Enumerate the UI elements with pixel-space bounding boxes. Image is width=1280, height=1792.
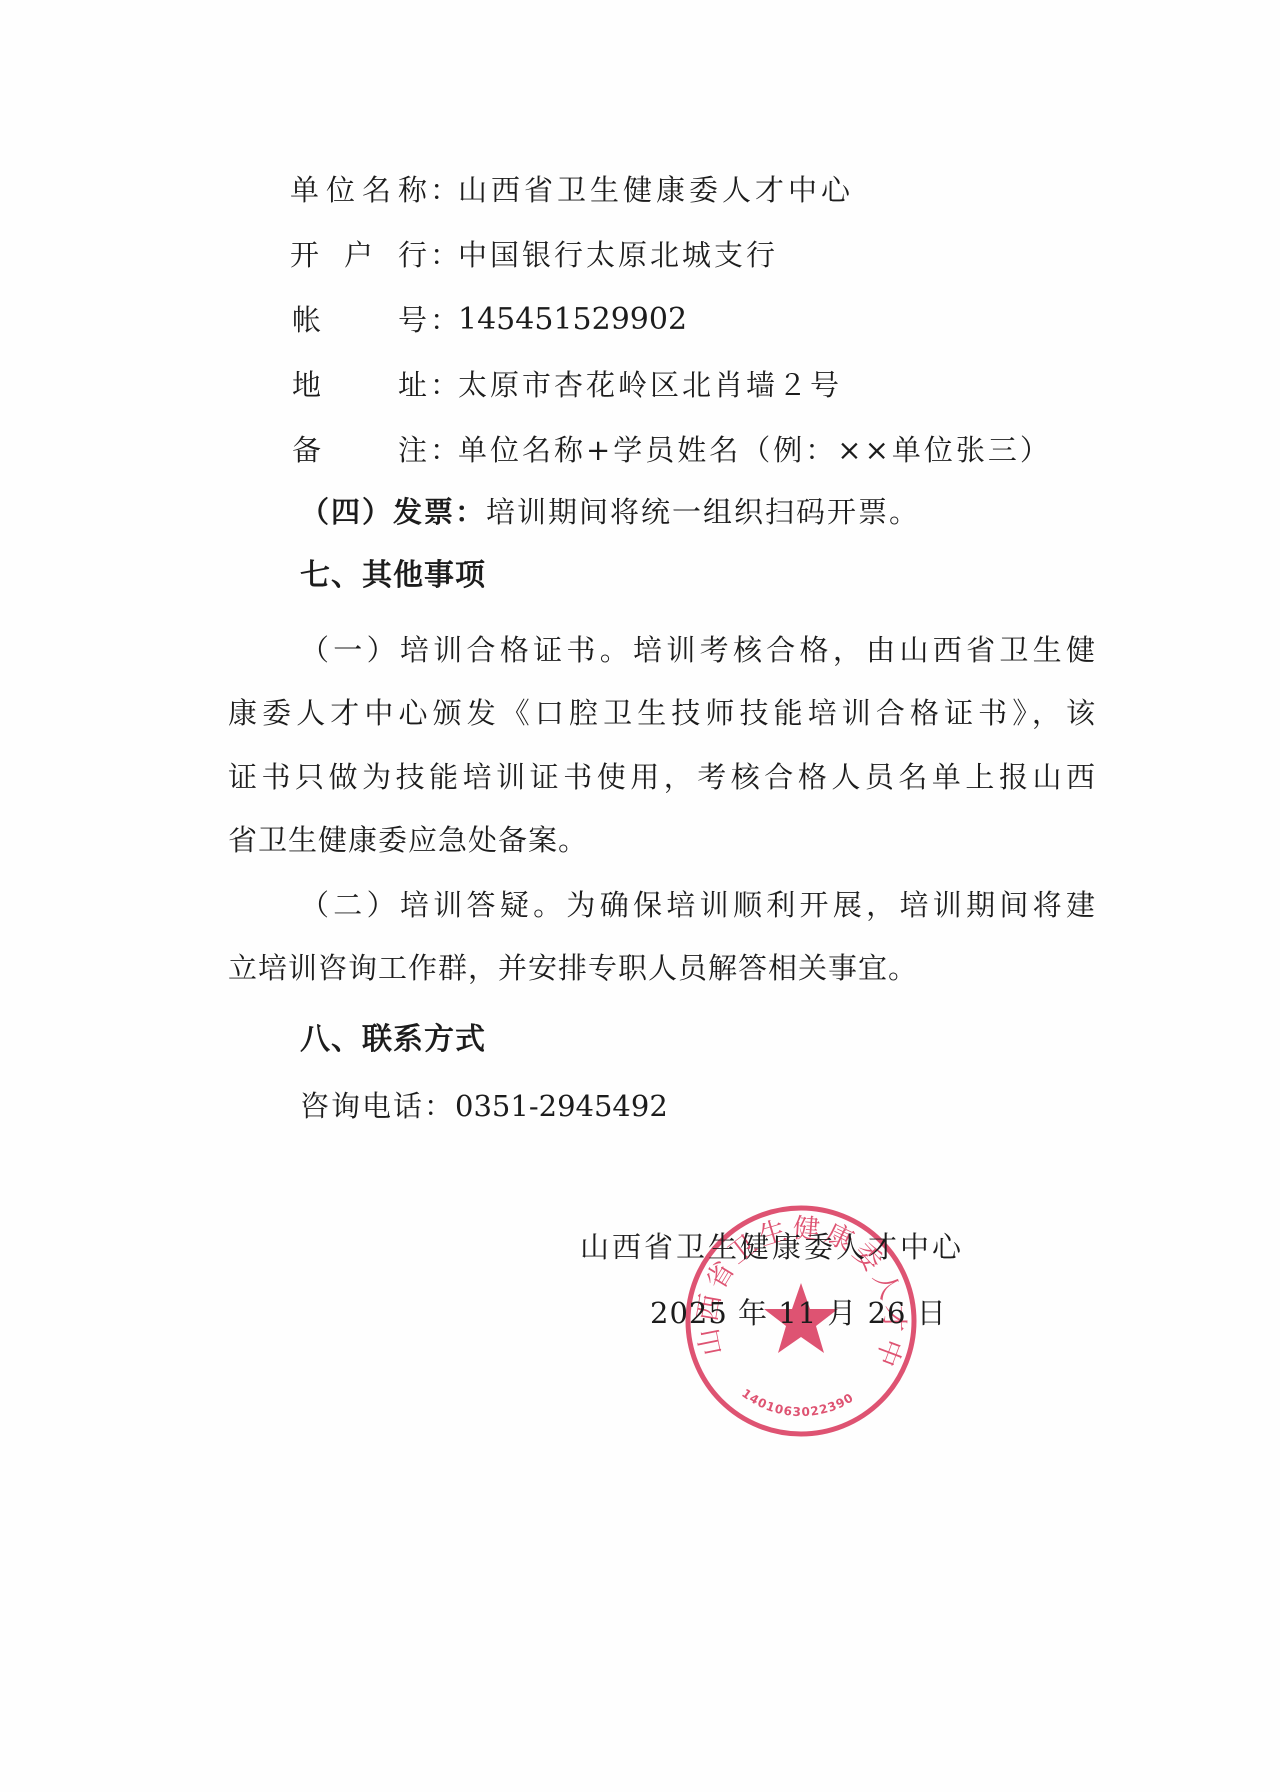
signature-org: 山西省卫生健康委人才中心: [580, 1227, 964, 1267]
item-text: 培训期间将统一组织扫码开票。: [486, 495, 920, 529]
paragraph-line: （二）培训答疑。为确保培训顺利开展，培训期间将建: [300, 885, 1096, 925]
paragraph-line: 省卫生健康委应急处备案。: [228, 820, 1096, 860]
label-char: 号: [398, 300, 429, 340]
label-char: 开: [290, 235, 321, 275]
invoice-line: （四）发票：培训期间将统一组织扫码开票。: [300, 492, 920, 532]
label-char: 户: [344, 235, 375, 275]
section-heading: 七、其他事项: [300, 556, 486, 596]
item-title: 发票：: [393, 495, 486, 529]
field-value: 太原市杏花岭区北肖墙２号: [458, 365, 842, 405]
field-value: 单位名称+学员姓名（例：××单位张三）: [458, 430, 1052, 470]
label-char: 地: [292, 365, 323, 405]
label-char: 注: [398, 430, 429, 470]
field-value: 山西省卫生健康委人才中心: [458, 170, 854, 210]
label-char: 行: [398, 235, 429, 275]
label-colon: ：: [430, 300, 461, 340]
label-colon: ：: [430, 365, 461, 405]
label-char: 单: [290, 170, 321, 210]
section-heading: 八、联系方式: [300, 1020, 486, 1060]
signature-date: 2025 年 11 月 26 日: [650, 1293, 947, 1333]
label-colon: ：: [430, 430, 461, 470]
paragraph-line: 立培训咨询工作群，并安排专职人员解答相关事宜。: [228, 948, 1096, 988]
label-colon: ：: [430, 235, 461, 275]
label-char: 备: [292, 430, 323, 470]
field-value: 中国银行太原北城支行: [458, 235, 778, 275]
label-char: 帐: [292, 300, 323, 340]
label-char: 址: [398, 365, 429, 405]
paragraph-line: 康委人才中心颁发《口腔卫生技师技能培训合格证书》，该: [228, 693, 1096, 733]
label-char: 名: [362, 170, 393, 210]
phone-label: 咨询电话：: [300, 1089, 455, 1123]
label-char: 位: [326, 170, 357, 210]
contact-phone: 咨询电话：0351-2945492: [300, 1086, 668, 1126]
seal-code: 1401063022390: [739, 1386, 856, 1419]
paragraph-line: （一）培训合格证书。培训考核合格，由山西省卫生健: [300, 630, 1096, 670]
paragraph-line: 证书只做为技能培训证书使用，考核合格人员名单上报山西: [228, 757, 1096, 797]
label-char: 称: [398, 170, 429, 210]
label-colon: ：: [430, 170, 461, 210]
phone-number[interactable]: 0351-2945492: [455, 1089, 668, 1123]
document-page: 单 位 名 称 ： 山西省卫生健康委人才中心 开 户 行 ： 中国银行太原北城支…: [0, 0, 1280, 1792]
account-number: 145451529902: [458, 300, 687, 340]
item-number: （四）: [300, 495, 393, 529]
